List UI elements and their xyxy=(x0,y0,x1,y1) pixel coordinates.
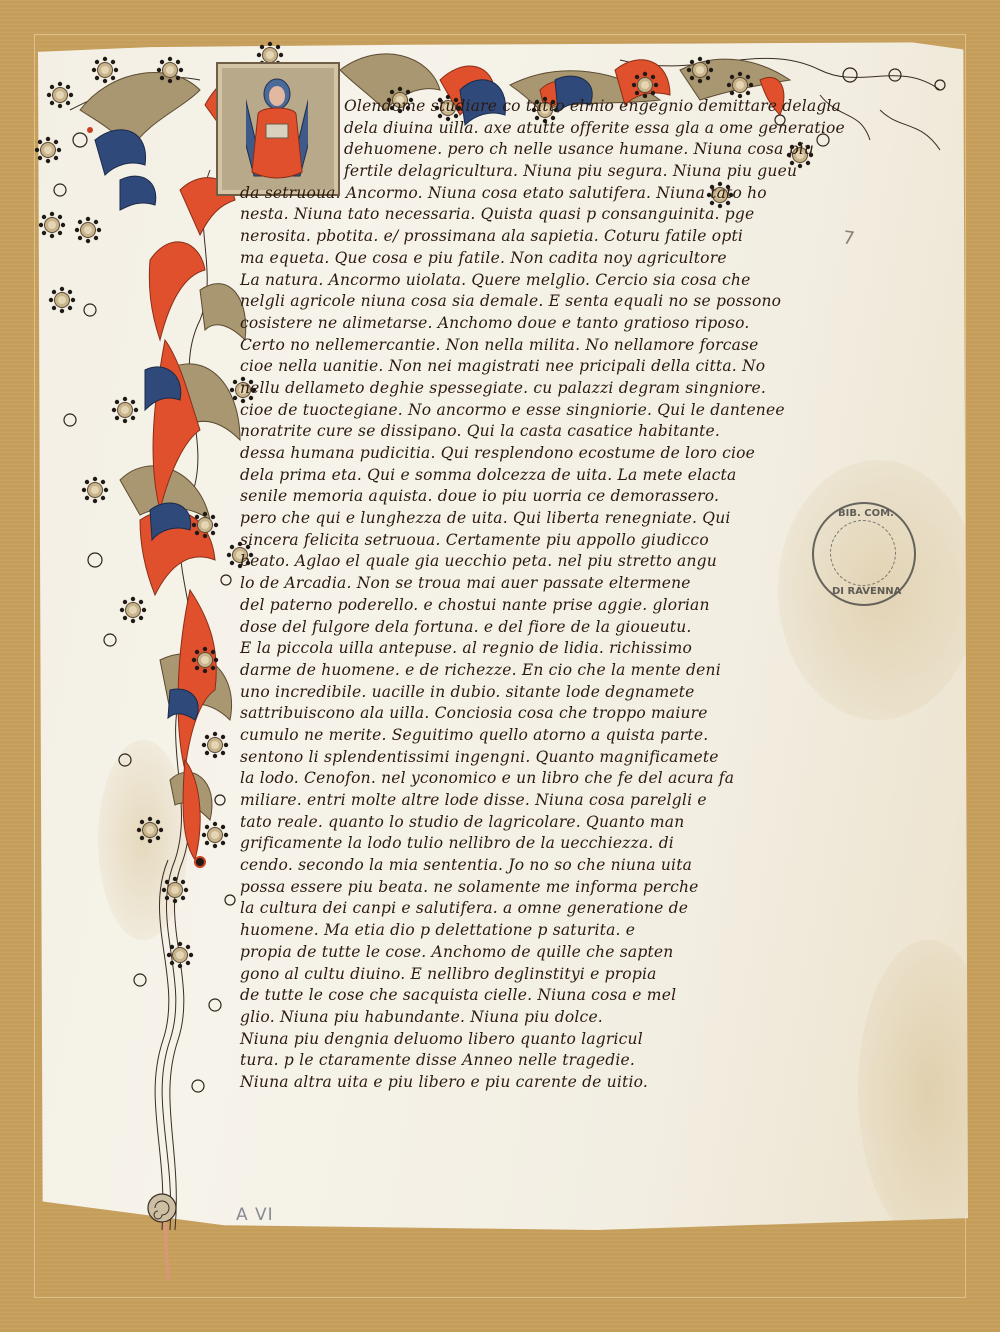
text-line: dose del fulgore dela fortuna. e del fio… xyxy=(240,617,810,639)
text-line: Niuna altra uita e piu libero e piu care… xyxy=(240,1072,810,1094)
text-line: sincera felicita setruoua. Certamente pi… xyxy=(240,530,810,552)
text-line: miliare. entri molte altre lode disse. N… xyxy=(240,790,810,812)
text-line: glio. Niuna piu habundante. Niuna piu do… xyxy=(240,1007,810,1029)
text-line: uno incredibile. uacille in dubio. sitan… xyxy=(240,682,810,704)
text-line: lo de Arcadia. Non se troua mai auer pas… xyxy=(240,573,810,595)
text-line: da setruoua. Ancormo. Niuna cosa etato s… xyxy=(240,183,810,205)
text-line: cendo. secondo la mia sententia. Jo no s… xyxy=(240,855,810,877)
text-line: cioe nella uanitie. Non nei magistrati n… xyxy=(240,356,810,378)
text-line: dehuomene. pero ch nelle usance humane. … xyxy=(240,139,810,161)
text-line: La natura. Ancormo uiolata. Quere melgli… xyxy=(240,270,810,292)
text-line: grificamente la lodo tulio nellibro de l… xyxy=(240,833,810,855)
text-line: la lodo. Cenofon. nel yconomico e un lib… xyxy=(240,768,810,790)
text-line: dela diuina uilla. axe atutte offerite e… xyxy=(240,118,810,140)
text-line: nesta. Niuna tato necessaria. Quista qua… xyxy=(240,204,810,226)
text-line: gono al cultu diuino. E nellibro deglins… xyxy=(240,964,810,986)
text-line: tato reale. quanto lo studio de lagricol… xyxy=(240,812,810,834)
text-line: cioe de tuoctegiane. No ancormo e esse s… xyxy=(240,400,810,422)
text-line: nerosita. pbotita. e/ prossimana ala sap… xyxy=(240,226,810,248)
text-line: noratrite cure se dissipano. Qui la cast… xyxy=(240,421,810,443)
text-line: propia de tutte le cose. Anchomo de quil… xyxy=(240,942,810,964)
text-line: Certo no nellemercantie. Non nella milit… xyxy=(240,335,810,357)
text-line: sentono li splendentissimi ingengni. Qua… xyxy=(240,747,810,769)
stamp-text-bottom: DI RAVENNA xyxy=(832,586,901,597)
library-stamp: BIB. COM. DI RAVENNA xyxy=(812,502,916,606)
text-line: pero che qui e lunghezza de uita. Qui li… xyxy=(240,508,810,530)
manuscript-text: Olendome studiare co tutto elmio engegni… xyxy=(240,96,810,1094)
stamp-emblem xyxy=(830,520,896,586)
text-line: fertile delagricultura. Niuna piu segura… xyxy=(240,161,810,183)
text-line: senile memoria aquista. doue io piu uorr… xyxy=(240,486,810,508)
text-line: ma equeta. Que cosa e piu fatile. Non ca… xyxy=(240,248,810,270)
text-line: nelgli agricole niuna cosa sia demale. E… xyxy=(240,291,810,313)
text-line: de tutte le cose che sacquista cielle. N… xyxy=(240,985,810,1007)
shelf-mark: A VI xyxy=(236,1205,274,1225)
text-line: E la piccola uilla antepuse. al regnio d… xyxy=(240,638,810,660)
text-line: nellu dellameto deghie spessegiate. cu p… xyxy=(240,378,810,400)
text-line: beato. Aglao el quale gia uecchio peta. … xyxy=(240,551,810,573)
text-line: Niuna piu dengnia deluomo libero quanto … xyxy=(240,1029,810,1051)
text-line: dela prima eta. Qui e somma dolcezza de … xyxy=(240,465,810,487)
text-line: possa essere piu beata. ne solamente me … xyxy=(240,877,810,899)
text-line: cumulo ne merite. Seguitimo quello atorn… xyxy=(240,725,810,747)
text-line: del paterno poderello. e chostui nante p… xyxy=(240,595,810,617)
stamp-text-top: BIB. COM. xyxy=(838,508,894,519)
text-line: darme de huomene. e de richezze. En cio … xyxy=(240,660,810,682)
text-line: sattribuiscono ala uilla. Conciosia cosa… xyxy=(240,703,810,725)
text-line: cosistere ne alimetarse. Anchomo doue e … xyxy=(240,313,810,335)
text-line: tura. p le ctaramente disse Anneo nelle … xyxy=(240,1050,810,1072)
text-line: la cultura dei canpi e salutifera. a omn… xyxy=(240,898,810,920)
text-line: Olendome studiare co tutto elmio engegni… xyxy=(240,96,810,118)
text-line: huomene. Ma etia dio p delettatione p sa… xyxy=(240,920,810,942)
text-line: dessa humana pudicitia. Qui resplendono … xyxy=(240,443,810,465)
